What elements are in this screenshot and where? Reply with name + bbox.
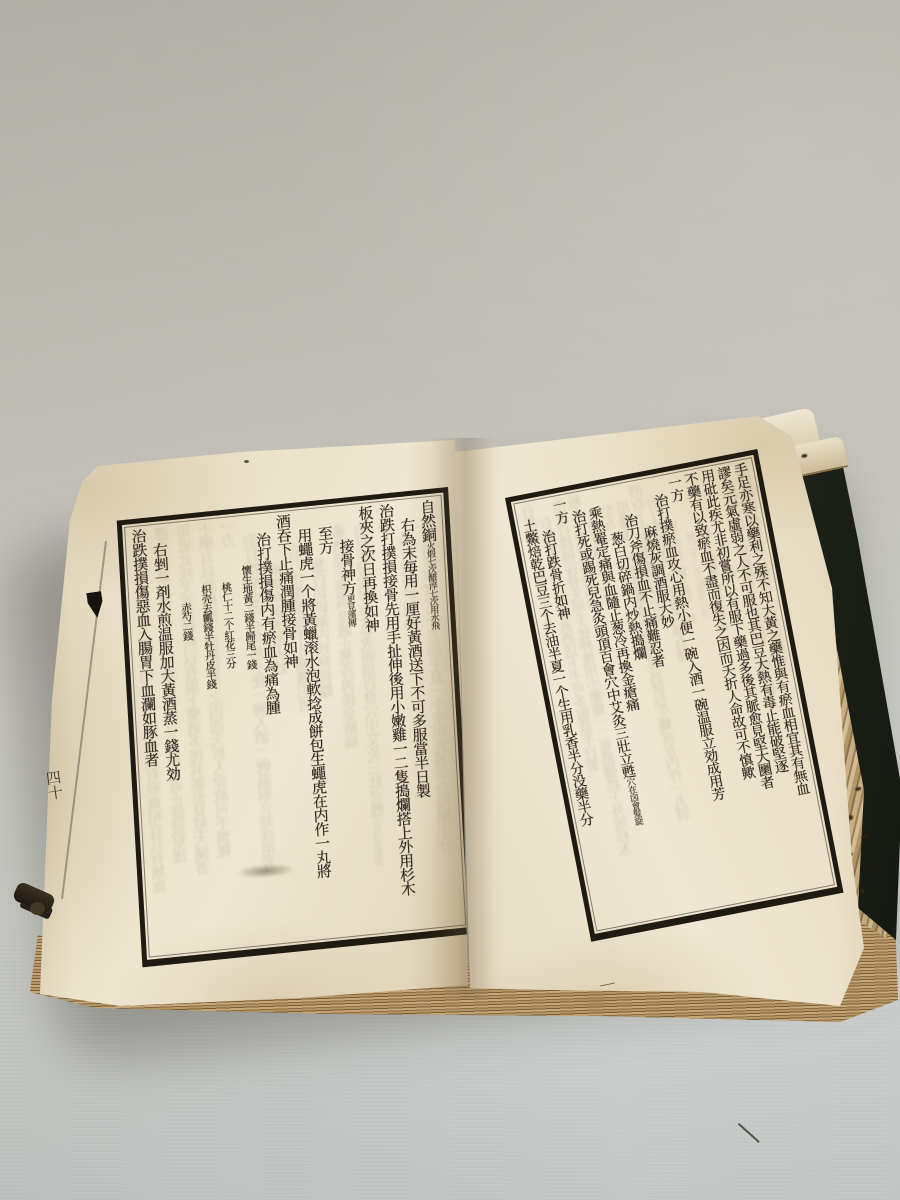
photo-scene: 手足亦寒以藥利之殊不知大黃之藥惟與有瘀血相宜其有無血謬矣元氣虛弱之人不可服也其巴… [0, 0, 900, 1200]
right-page-border-frame: 自然銅火煅七次醋淬七次用水飛右為末毎用一厘好黃酒送下不可多服當半日製治跌打撲損接… [505, 449, 844, 942]
left-page-text-block: 自然銅火煅七次醋淬七次用水飛右為末毎用一厘好黃酒送下不可多服當半日製治跌打撲損接… [128, 498, 462, 954]
page-number: 四十 [42, 769, 67, 802]
drug-entry: 牡丹皮半錢 [202, 641, 220, 690]
drug-entry: 桃仁十二个 [219, 582, 237, 631]
drug-entry: 歸尾一錢 [243, 630, 260, 669]
left-page: 手足亦寒以藥利之殊不知大黃之藥惟與有瘀血相宜其有無血謬矣元氣虛弱之人不可服也其巴… [20, 430, 470, 1020]
drug-entry: 赤芍二錢 [179, 601, 196, 640]
small-annotation: 更見漢傳 [344, 594, 356, 627]
right-page-text-block: 手足亦寒以藥利之殊不知大黃之藥惟與有瘀血相宜其有無血謬矣元氣虛弱之人不可服也其巴… [518, 461, 831, 928]
left-page-border-frame: 手足亦寒以藥利之殊不知大黃之藥惟與有瘀血相宜其有無血謬矣元氣虛弱之人不可服也其巴… [117, 487, 474, 967]
small-annotation: 火煅七次醋淬七次用水飛 [424, 541, 439, 630]
paper-stain [570, 990, 620, 1012]
binding-knot-detail [30, 902, 45, 915]
ink-speck [244, 460, 249, 463]
drug-entry: 紅花三分 [222, 629, 239, 668]
